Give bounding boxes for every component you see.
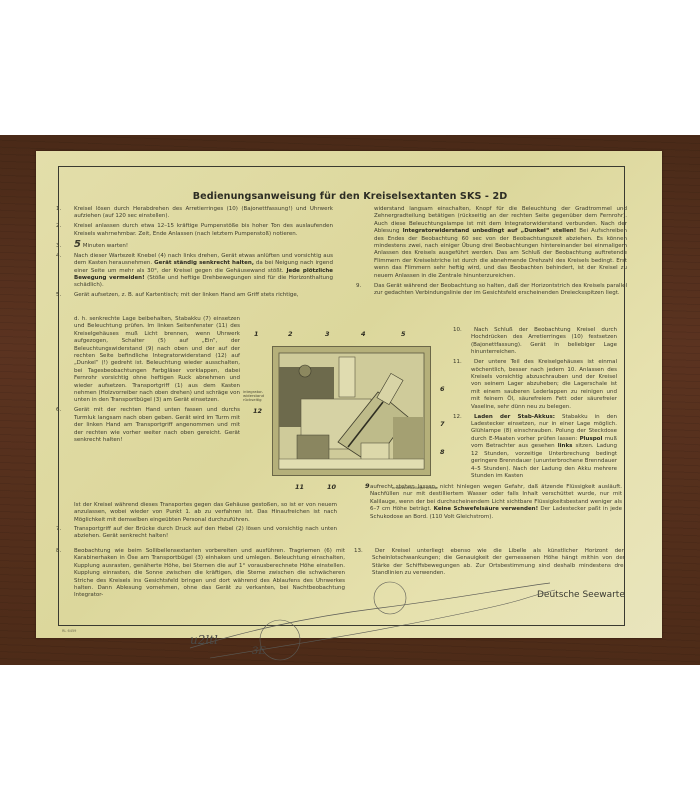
instruction-9: 9.Das Gerät während der Beobachtung so h… <box>365 283 627 298</box>
diagram-label-4: 4 <box>361 330 366 338</box>
instruction-13: 13.Der Kreisel unterliegt ebenso wie die… <box>363 548 625 580</box>
sextant-cutaway-drawing <box>273 347 430 475</box>
diagram-note-integrator: integrator-widerstand rückseitig <box>243 390 271 403</box>
instructions-left-top: 1.Kreisel lösen durch Herabdrehen des Ar… <box>65 206 333 302</box>
instructions-right-mid: 10.Nach Schluß der Beobachtung Kreisel d… <box>462 327 617 483</box>
diagram-label-9: 9 <box>365 482 370 490</box>
instruction-12: 12.Laden der Stab-Akkus: Stabakku in den… <box>462 414 617 481</box>
instruction-4: 4.Nach dieser Wartezeit Knebel (4) nach … <box>65 253 333 290</box>
diagram-label-11: 11 <box>295 483 304 491</box>
instruction-3: 3.5 Minuten warten! <box>65 241 333 250</box>
instruction-1: 1.Kreisel lösen durch Herabdrehen des Ar… <box>65 206 333 221</box>
instructions-left-narrow: d. h. senkrechte Lage beibehalten, Staba… <box>65 316 240 447</box>
instruction-6-continued: Ist der Kreisel während dieses Transport… <box>65 502 337 527</box>
diagram-label-5: 5 <box>401 330 406 338</box>
instruction-6: 6.Gerät mit der rechten Hand unten fasse… <box>65 407 240 444</box>
instruction-11: 11.Der untere Teil des Kreiselgehäuses i… <box>462 359 617 411</box>
diagram-label-3: 3 <box>325 330 330 338</box>
diagram-note-spare-bearing: ersatzkreisellagerschale <box>392 486 438 490</box>
instructions-right-top: widerstand langsam einschalten, Knopf fü… <box>365 206 627 300</box>
pencil-scribble <box>180 578 560 668</box>
handwritten-note: u2ltl <box>190 633 218 647</box>
instruction-7: 7.Transportgriff auf der Brücke durch Dr… <box>65 526 337 543</box>
diagram-label-2: 2 <box>288 330 293 338</box>
form-code: RL 6459 <box>62 629 76 633</box>
instruction-5: d. h. senkrechte Lage beibehalten, Staba… <box>65 316 240 405</box>
instruction-2: 2.Kreisel anlassen durch etwa 12–15 kräf… <box>65 223 333 238</box>
diagram-label-1: 1 <box>254 330 259 338</box>
diagram-label-6: 6 <box>440 385 445 393</box>
diagram-label-7: 7 <box>440 420 445 428</box>
diagram-label-8: 8 <box>440 448 445 456</box>
diagram-label-12: 12 <box>253 407 262 415</box>
instruction-10: 10.Nach Schluß der Beobachtung Kreisel d… <box>462 327 617 357</box>
document-title: Bedienungsanweisung für den Kreiselsexta… <box>0 191 700 202</box>
diagram-label-10: 10 <box>327 483 336 491</box>
handwritten-number: 3E <box>252 646 266 657</box>
instruction-5-first-line: 5.Gerät aufsetzen, z. B. auf Kartentisch… <box>65 292 333 299</box>
instruction-8-continued: widerstand langsam einschalten, Knopf fü… <box>365 206 627 280</box>
sextant-diagram <box>272 346 431 476</box>
